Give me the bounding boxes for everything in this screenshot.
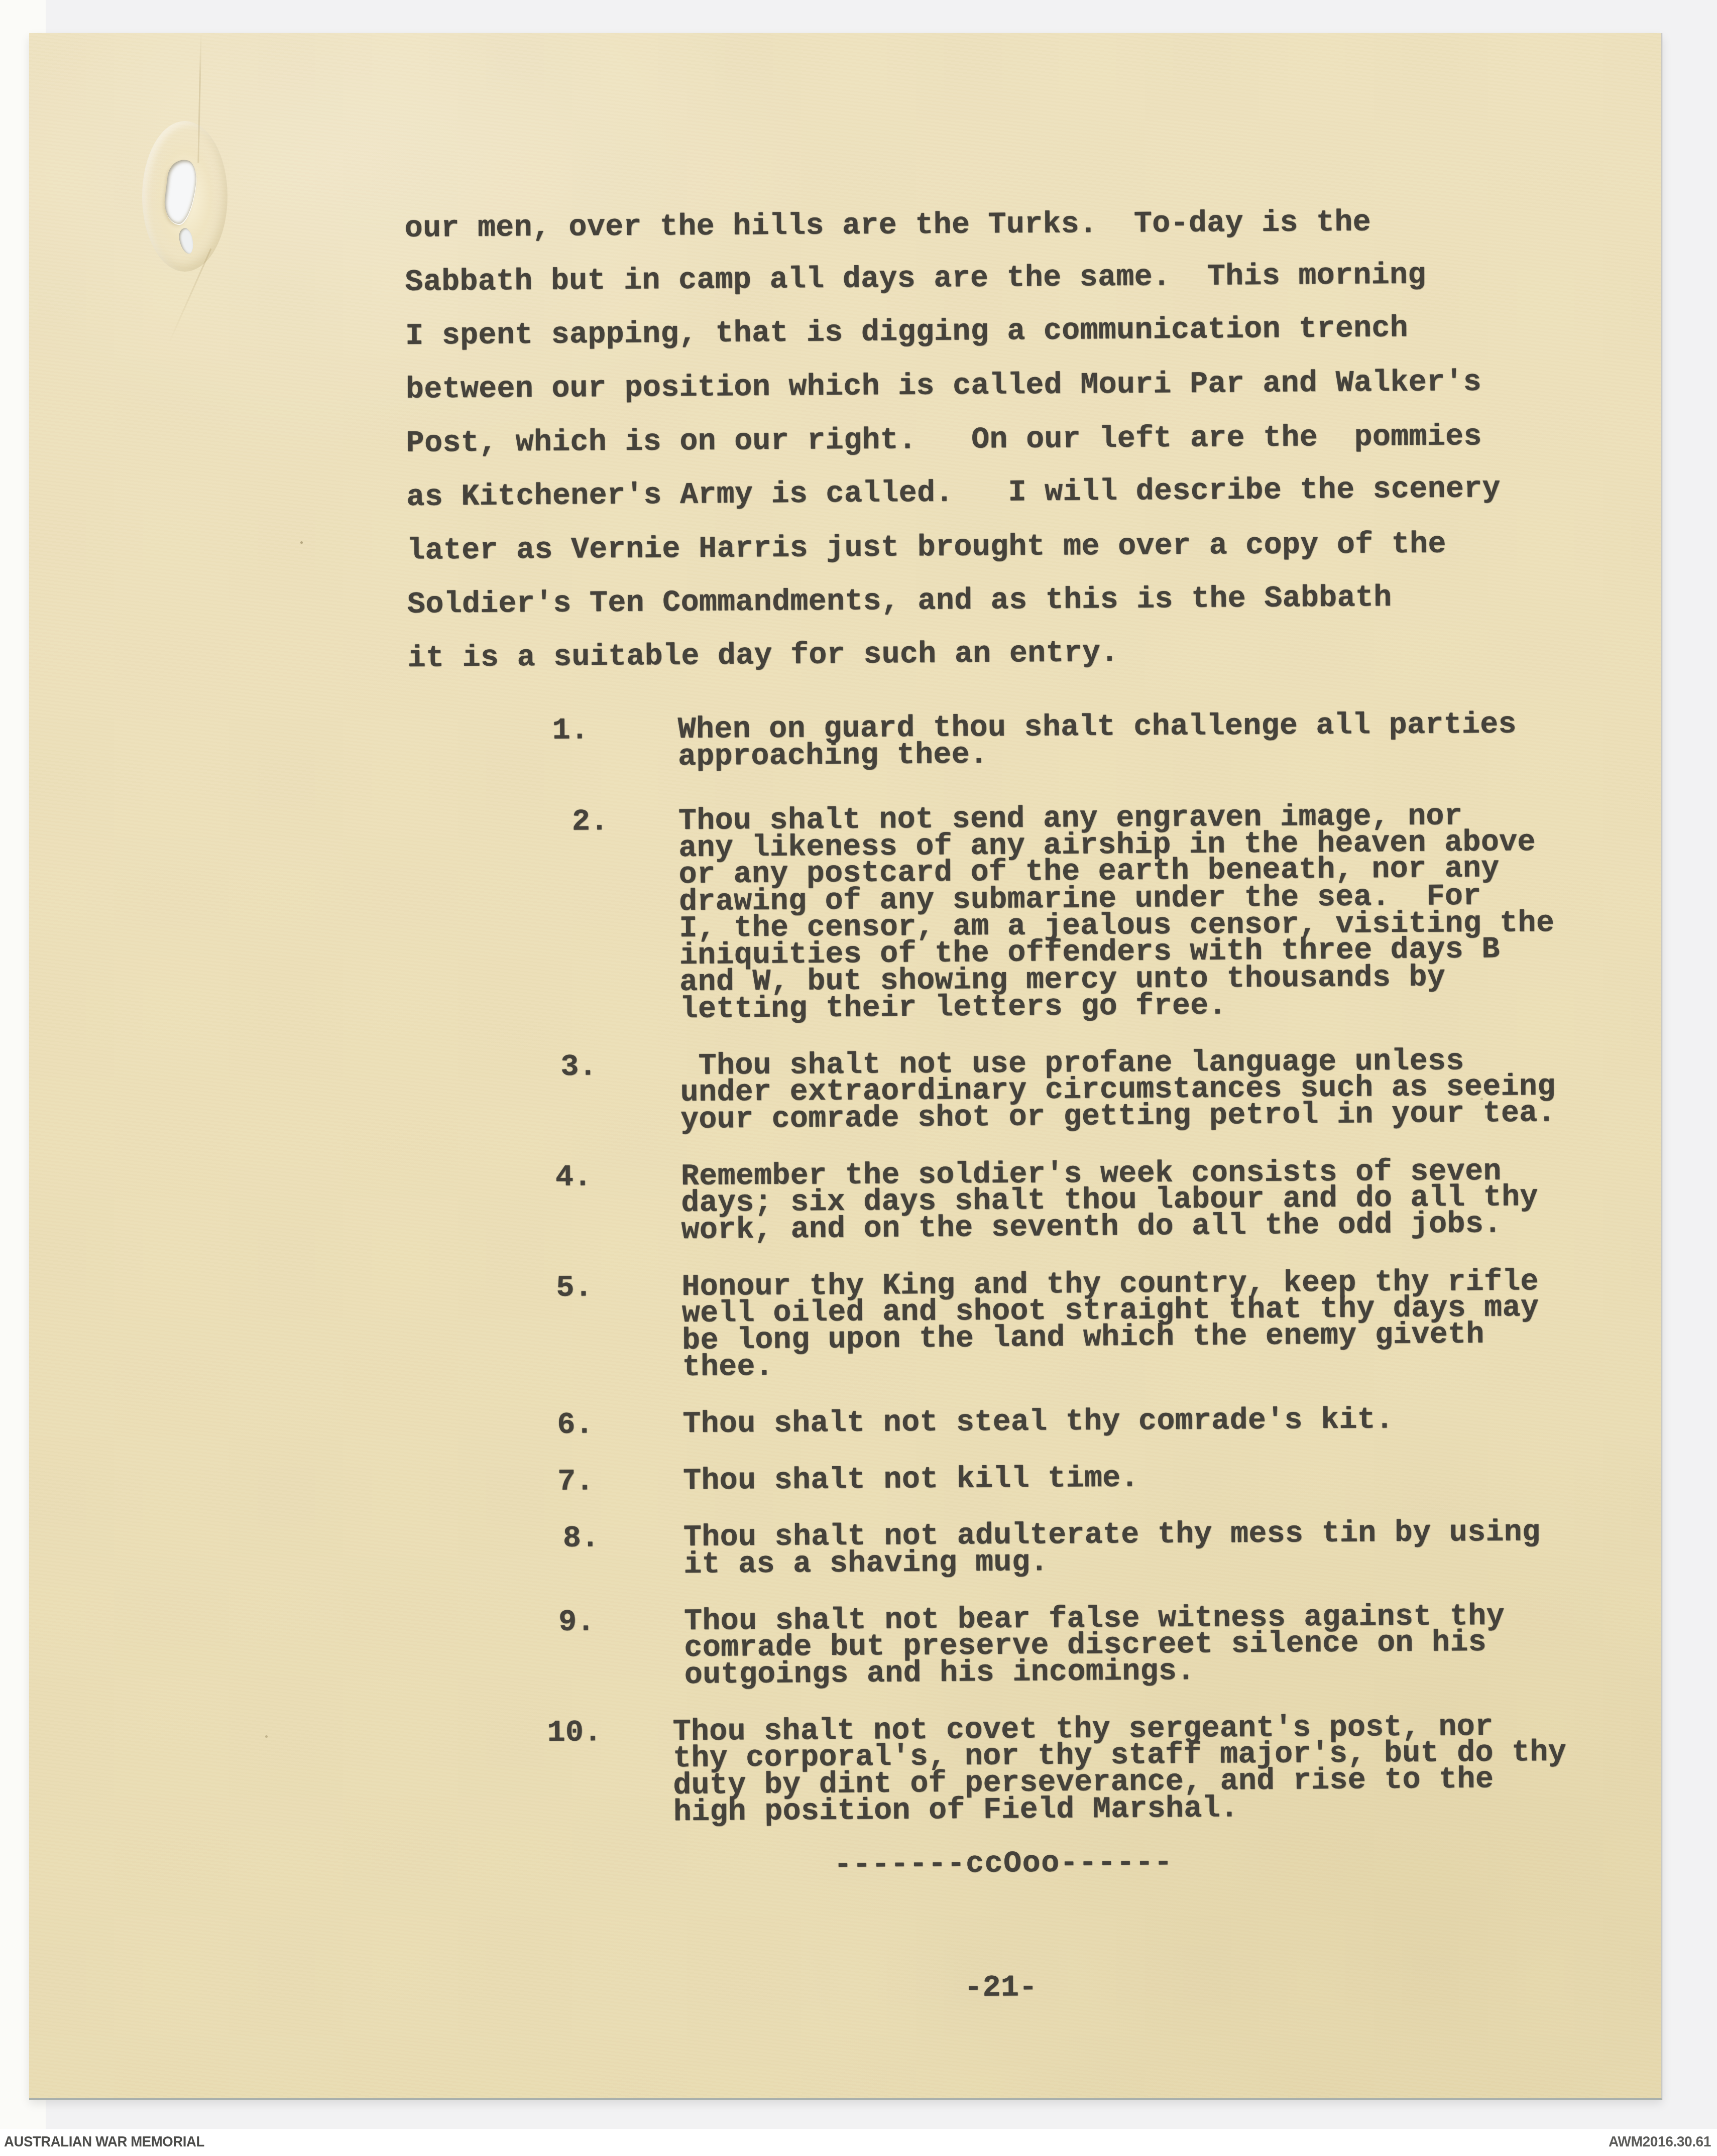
commandment-item: 5.Honour thy King and thy country, keep … (556, 1268, 1563, 1382)
commandment-item: 7.Thou shalt not kill time. (557, 1462, 1564, 1496)
typed-line: it is a suitable day for such an entry. (407, 624, 1502, 686)
commandment-text: Thou shalt not steal thy comrade's kit. (682, 1406, 1394, 1438)
typed-content: our men, over the hills are the Turks. T… (29, 22, 1676, 2098)
typed-line: your comrade shot or getting petrol in y… (680, 1100, 1556, 1134)
commandment-number: 6. (557, 1411, 682, 1439)
typed-line: Soldier's Ten Commandments, and as this … (407, 571, 1502, 632)
commandment-number: 3. (554, 1053, 680, 1135)
commandment-number: 1. (552, 717, 678, 772)
commandment-text: Thou shalt not kill time. (683, 1465, 1139, 1495)
typed-line: Thou shalt not use profane language unle… (680, 1048, 1555, 1080)
commandments-list: 1.When on guard thou shalt challenge all… (552, 711, 1567, 1827)
typed-line: and W, but showing mercy unto thousands … (679, 964, 1555, 996)
commandment-text: Thou shalt not adulterate thy mess tin b… (683, 1519, 1541, 1579)
commandment-item: 2.Thou shalt not send any engraven image… (553, 802, 1561, 1024)
commandment-item: 4.Remember the soldier's week consists o… (555, 1157, 1563, 1245)
archive-watermark: AUSTRALIAN WAR MEMORIAL (4, 2133, 204, 2150)
commandment-text: Thou shalt not use profane language unle… (680, 1047, 1556, 1134)
commandment-item: 6.Thou shalt not steal thy comrade's kit… (557, 1405, 1564, 1439)
typed-line: our men, over the hills are the Turks. T… (404, 195, 1499, 256)
typed-line: Thou shalt not adulterate thy mess tin b… (683, 1519, 1541, 1551)
typed-line: When on guard thou shalt challenge all p… (678, 712, 1517, 744)
commandment-item: 1.When on guard thou shalt challenge all… (552, 711, 1560, 772)
typed-line: Post, which is on our right. On our left… (406, 410, 1500, 471)
commandment-number: 4. (555, 1163, 681, 1245)
commandment-number: 7. (557, 1468, 683, 1496)
typed-line: Honour thy King and thy country, keep th… (681, 1269, 1539, 1301)
typed-line: Thou shalt not covet thy sergeant's post… (672, 1713, 1566, 1746)
commandment-number: 2. (553, 808, 680, 1024)
page-number: -21- (964, 1975, 1038, 2002)
typed-line: duty by dint of perseverance, and rise t… (673, 1766, 1566, 1800)
commandment-text: Thou shalt not bear false witness agains… (684, 1603, 1505, 1689)
commandment-number: 9. (558, 1608, 684, 1690)
commandment-item: 3. Thou shalt not use profane language u… (554, 1047, 1562, 1134)
commandment-text: Remember the soldier's week consists of … (681, 1158, 1538, 1244)
commandment-text: Thou shalt not covet thy sergeant's post… (672, 1713, 1566, 1826)
accession-number: AWM2016.30.61 (1609, 2133, 1711, 2150)
typed-line: be long upon the land which the enemy gi… (682, 1321, 1539, 1355)
commandment-text: When on guard thou shalt challenge all p… (678, 711, 1517, 771)
typed-line: I spent sapping, that is digging a commu… (405, 301, 1500, 364)
commandment-item: 8.Thou shalt not adulterate thy mess tin… (558, 1519, 1565, 1580)
typewritten-diary-page: our men, over the hills are the Turks. T… (29, 33, 1662, 2100)
typed-line: Thou shalt not bear false witness agains… (684, 1603, 1505, 1635)
typed-line: work, and on the seventh do all the odd … (681, 1211, 1538, 1244)
typed-line: between our position which is called Mou… (406, 356, 1500, 417)
commandment-number: 8. (558, 1525, 684, 1580)
typed-line: Thou shalt not kill time. (683, 1466, 1139, 1495)
typed-line: or any postcard of the earth beneath, no… (679, 855, 1554, 889)
typed-line: Thou shalt not steal thy comrade's kit. (682, 1407, 1394, 1438)
commandment-text: Thou shalt not send any engraven image, … (678, 802, 1555, 1023)
commandment-item: 9.Thou shalt not bear false witness agai… (558, 1602, 1566, 1690)
typed-line: Sabbath but in camp all days are the sam… (405, 249, 1499, 310)
commandment-number: 5. (556, 1274, 682, 1382)
section-divider: -------ccOoo------ (834, 1850, 1173, 1879)
watermark-footer: AUSTRALIAN WAR MEMORIAL AWM2016.30.61 (0, 2129, 1717, 2156)
commandment-number: 10. (547, 1719, 673, 1828)
commandment-item: 10.Thou shalt not covet thy sergeant's p… (559, 1713, 1566, 1827)
typed-line: Remember the soldier's week consists of … (681, 1158, 1538, 1190)
typed-line: as Kitchener's Army is called. I will de… (406, 462, 1501, 525)
typed-line: later as Vernie Harris just brought me o… (407, 518, 1501, 578)
commandment-text: Honour thy King and thy country, keep th… (681, 1268, 1539, 1382)
typed-line: outgoings and his incomings. (684, 1656, 1505, 1689)
intro-paragraph: our men, over the hills are the Turks. T… (404, 195, 1502, 686)
typed-line: Thou shalt not send any engraven image, … (678, 803, 1554, 835)
